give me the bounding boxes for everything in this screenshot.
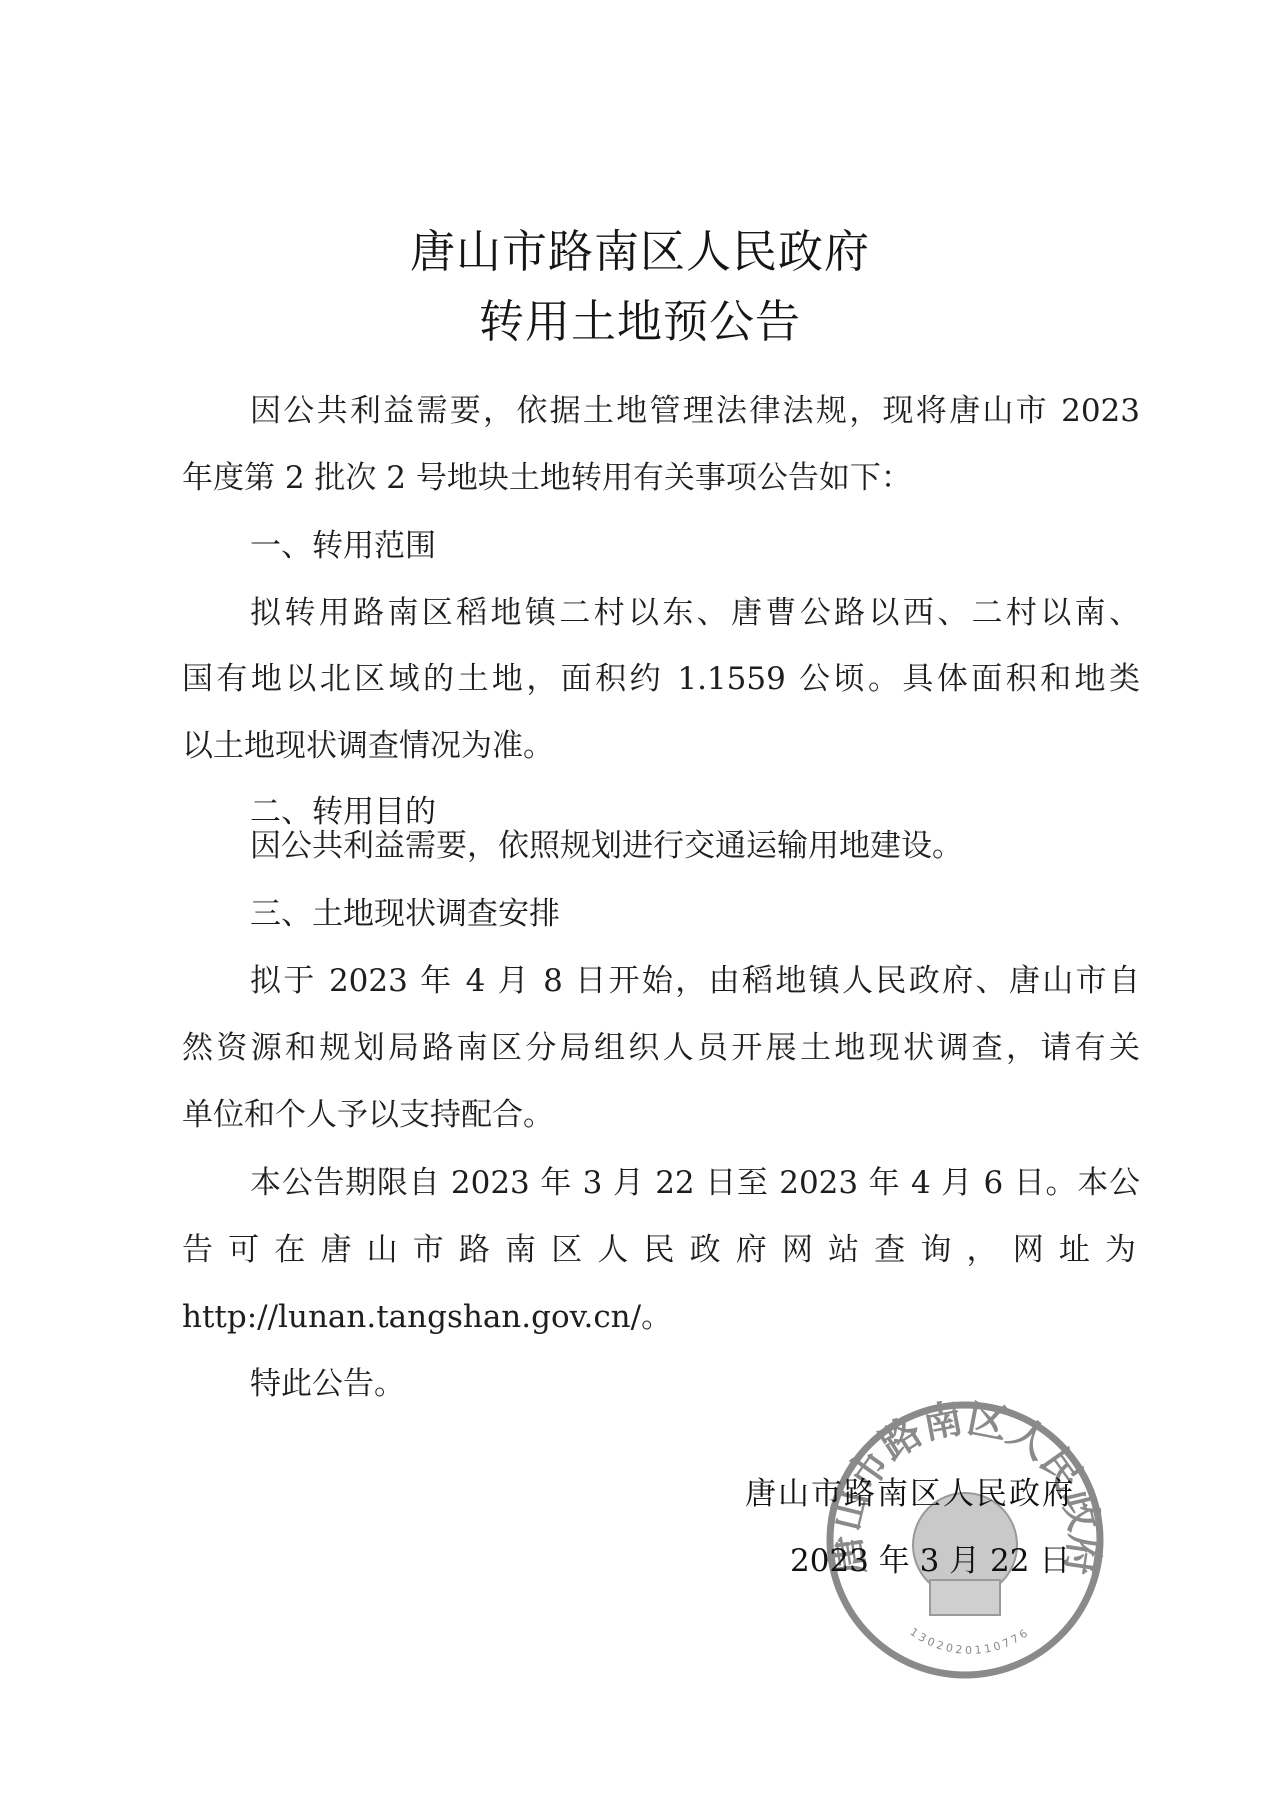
section-1-line-3: 以土地现状调查情况为准。 [182,720,554,765]
period-line-1: 本公告期限自 2023 年 3 月 22 日至 2023 年 4 月 6 日。本… [250,1157,1140,1202]
signature-date: 2023 年 3 月 22 日 [790,1535,1070,1580]
section-1-line-2: 国有地以北区域的土地，面积约 1.1559 公顷。具体面积和地类 [182,653,1140,698]
document-title-line2: 转用土地预公告 [0,285,1280,350]
intro-line-1: 因公共利益需要，依据土地管理法律法规，现将唐山市 2023 [250,385,1140,430]
section-1-heading: 一、转用范围 [250,520,436,565]
section-3-line-3: 单位和个人予以支持配合。 [182,1089,554,1134]
document-page: 唐山市路南区人民政府 转用土地预公告 因公共利益需要，依据土地管理法律法规，现将… [0,0,1280,1809]
website-url[interactable]: http://lunan.tangshan.gov.cn/。 [182,1291,672,1336]
section-3-line-1: 拟于 2023 年 4 月 8 日开始，由稻地镇人民政府、唐山市自 [250,955,1140,1000]
section-1-line-1: 拟转用路南区稻地镇二村以东、唐曹公路以西、二村以南、 [250,587,1140,632]
document-title-line1: 唐山市路南区人民政府 [0,215,1280,280]
closing-text: 特此公告。 [250,1358,405,1403]
svg-text:1302020110776: 1302020110776 [908,1625,1033,1657]
section-3-line-2: 然资源和规划局路南区分局组织人员开展土地现状调查，请有关 [182,1022,1140,1067]
intro-line-2: 年度第 2 批次 2 号地块土地转用有关事项公告如下： [182,452,912,497]
section-3-heading: 三、土地现状调查安排 [250,888,560,933]
seal-code: 1302020110776 [908,1625,1033,1657]
section-2-line-1: 因公共利益需要，依照规划进行交通运输用地建设。 [250,820,963,865]
signature-org: 唐山市路南区人民政府 [745,1468,1075,1513]
period-line-2: 告可在唐山市路南区人民政府网站查询，网址为 [182,1224,1140,1269]
